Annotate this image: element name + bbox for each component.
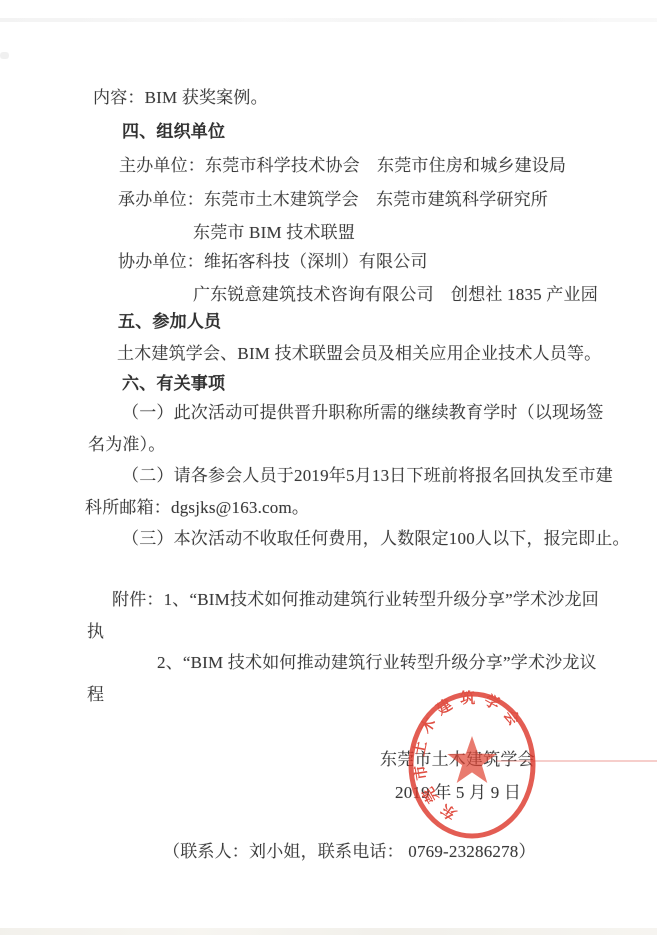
cohost-unit-line: 协办单位：维拓客科技（深圳）有限公司 bbox=[118, 252, 428, 272]
attachment2-cont: 程 bbox=[87, 685, 104, 705]
seal-svg: 东莞市土木建筑学会 bbox=[406, 689, 539, 841]
scan-artifact-bottom-band bbox=[0, 928, 657, 935]
attachment2-line: 2、“BIM 技术如何推动建筑行业转型升级分享”学术沙龙议 bbox=[157, 653, 597, 673]
contact-line: （联系人：刘小姐，联系电话： 0769-23286278） bbox=[163, 842, 536, 862]
cohost-unit-line2: 广东锐意建筑技术咨询有限公司 创想社 1835 产业园 bbox=[193, 285, 598, 305]
note1-line2: 名为准）。 bbox=[88, 435, 166, 455]
star-icon bbox=[447, 736, 496, 783]
host-unit-line: 主办单位：东莞市科学技术协会 东莞市住房和城乡建设局 bbox=[119, 156, 566, 176]
scanned-document-page: 内容：BIM 获奖案例。 四、组织单位 主办单位：东莞市科学技术协会 东莞市住房… bbox=[0, 0, 657, 935]
section6-heading: 六、有关事项 bbox=[122, 374, 225, 394]
undertaker-unit-line2: 东莞市 BIM 技术联盟 bbox=[193, 223, 355, 243]
scan-artifact-left-smudge bbox=[0, 52, 9, 59]
participants-line: 土木建筑学会、BIM 技术联盟会员及相关应用企业技术人员等。 bbox=[117, 344, 601, 364]
section5-heading: 五、参加人员 bbox=[118, 312, 221, 332]
content-line: 内容：BIM 获奖案例。 bbox=[93, 88, 268, 108]
note3-line: （三）本次活动不收取任何费用，人数限定100人以下，报完即止。 bbox=[122, 529, 630, 549]
note2-line2: 科所邮箱：dgsjks@163.com。 bbox=[85, 498, 309, 518]
note1-line1: （一）此次活动可提供晋升职称所需的继续教育学时（以现场签 bbox=[122, 403, 604, 423]
scan-artifact-top-band bbox=[0, 18, 657, 22]
official-seal-stamp: 东莞市土木建筑学会 bbox=[406, 689, 539, 841]
note2-line1: （二）请各参会人员于2019年5月13日下班前将报名回执发至市建 bbox=[122, 466, 613, 486]
attachment1-line: 附件：1、“BIM技术如何推动建筑行业转型升级分享”学术沙龙回 bbox=[112, 590, 599, 610]
undertaker-unit-line: 承办单位：东莞市土木建筑学会 东莞市建筑科学研究所 bbox=[118, 190, 548, 210]
attachment1-cont: 执 bbox=[87, 622, 104, 642]
section4-heading: 四、组织单位 bbox=[122, 122, 225, 142]
